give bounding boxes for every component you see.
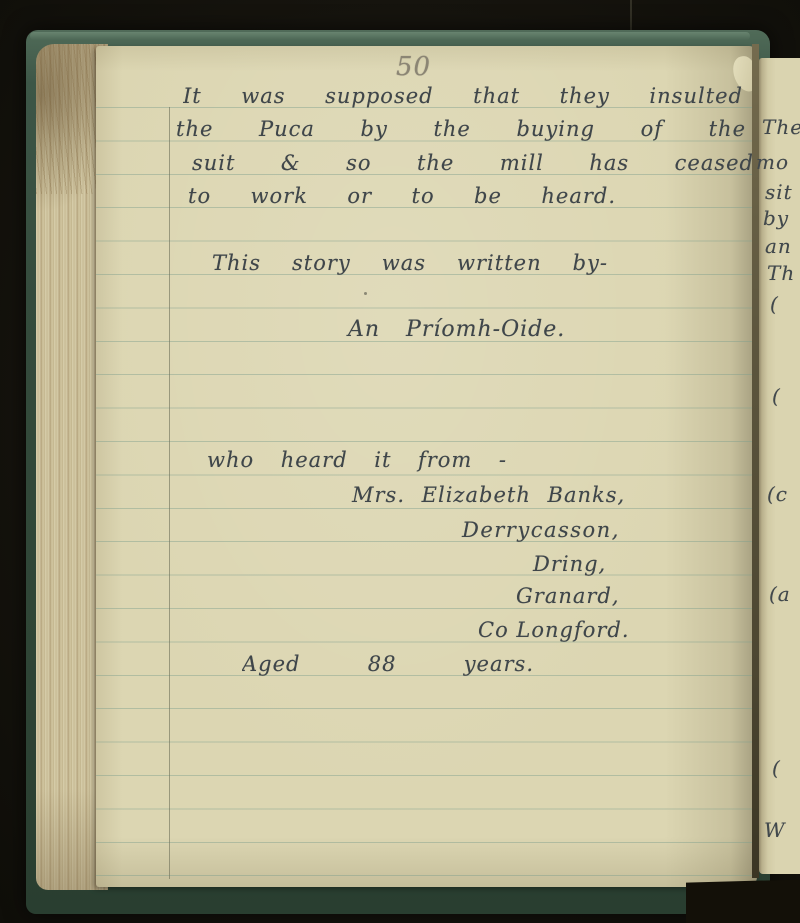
story-line-3: suit & so the mill has ceased <box>192 150 754 178</box>
right-page-fragment: ( <box>772 384 781 408</box>
photograph-of-manuscript-book: 50 It was supposed that they insulted th… <box>0 0 800 923</box>
right-page-fragment: an <box>765 234 792 258</box>
background-thread-shadow <box>630 0 632 32</box>
heard-from-line: who heard it from - <box>207 447 507 475</box>
right-page-fragment: Ther <box>762 115 800 139</box>
story-line-2: the Puca by the buying of the <box>176 116 746 144</box>
right-page-fragment: W <box>764 818 786 842</box>
ink-speck <box>364 292 367 295</box>
bottom-right-shadow <box>686 879 800 923</box>
written-by-line: This story was written by- <box>212 250 608 278</box>
right-page-fragment: ( <box>770 292 779 316</box>
right-page-fragment: Th <box>767 261 795 285</box>
manuscript-right-page-sliver: Ther mo sit by an Th ( ( (c (a ( W <box>759 58 800 874</box>
margin-line <box>169 107 170 879</box>
informant-age-line: Aged 88 years. <box>242 651 534 679</box>
right-page-fragment: mo <box>756 150 789 174</box>
cover-top-edge-highlight <box>30 32 750 40</box>
right-page-fragment: (a <box>769 582 791 606</box>
informant-address-townland: Derrycasson, <box>462 518 620 542</box>
story-line-1: It was supposed that they insulted <box>183 83 743 111</box>
manuscript-left-page: 50 It was supposed that they insulted th… <box>96 46 757 887</box>
informant-address-county: Co Longford. <box>478 618 630 642</box>
story-line-4: to work or to be heard. <box>188 183 616 211</box>
informant-address-village: Dring, <box>533 552 606 576</box>
right-page-fragment: by <box>763 206 789 230</box>
right-page-fragment: (c <box>767 482 788 506</box>
page-number: 50 <box>396 52 431 82</box>
informant-address-town: Granard, <box>516 584 620 608</box>
right-page-fragment: sit <box>765 180 793 204</box>
informant-name: Mrs. Elizabeth Banks, <box>352 483 625 507</box>
writer-name: An Príomh-Oide. <box>348 317 565 342</box>
right-page-fragment: ( <box>772 756 781 780</box>
